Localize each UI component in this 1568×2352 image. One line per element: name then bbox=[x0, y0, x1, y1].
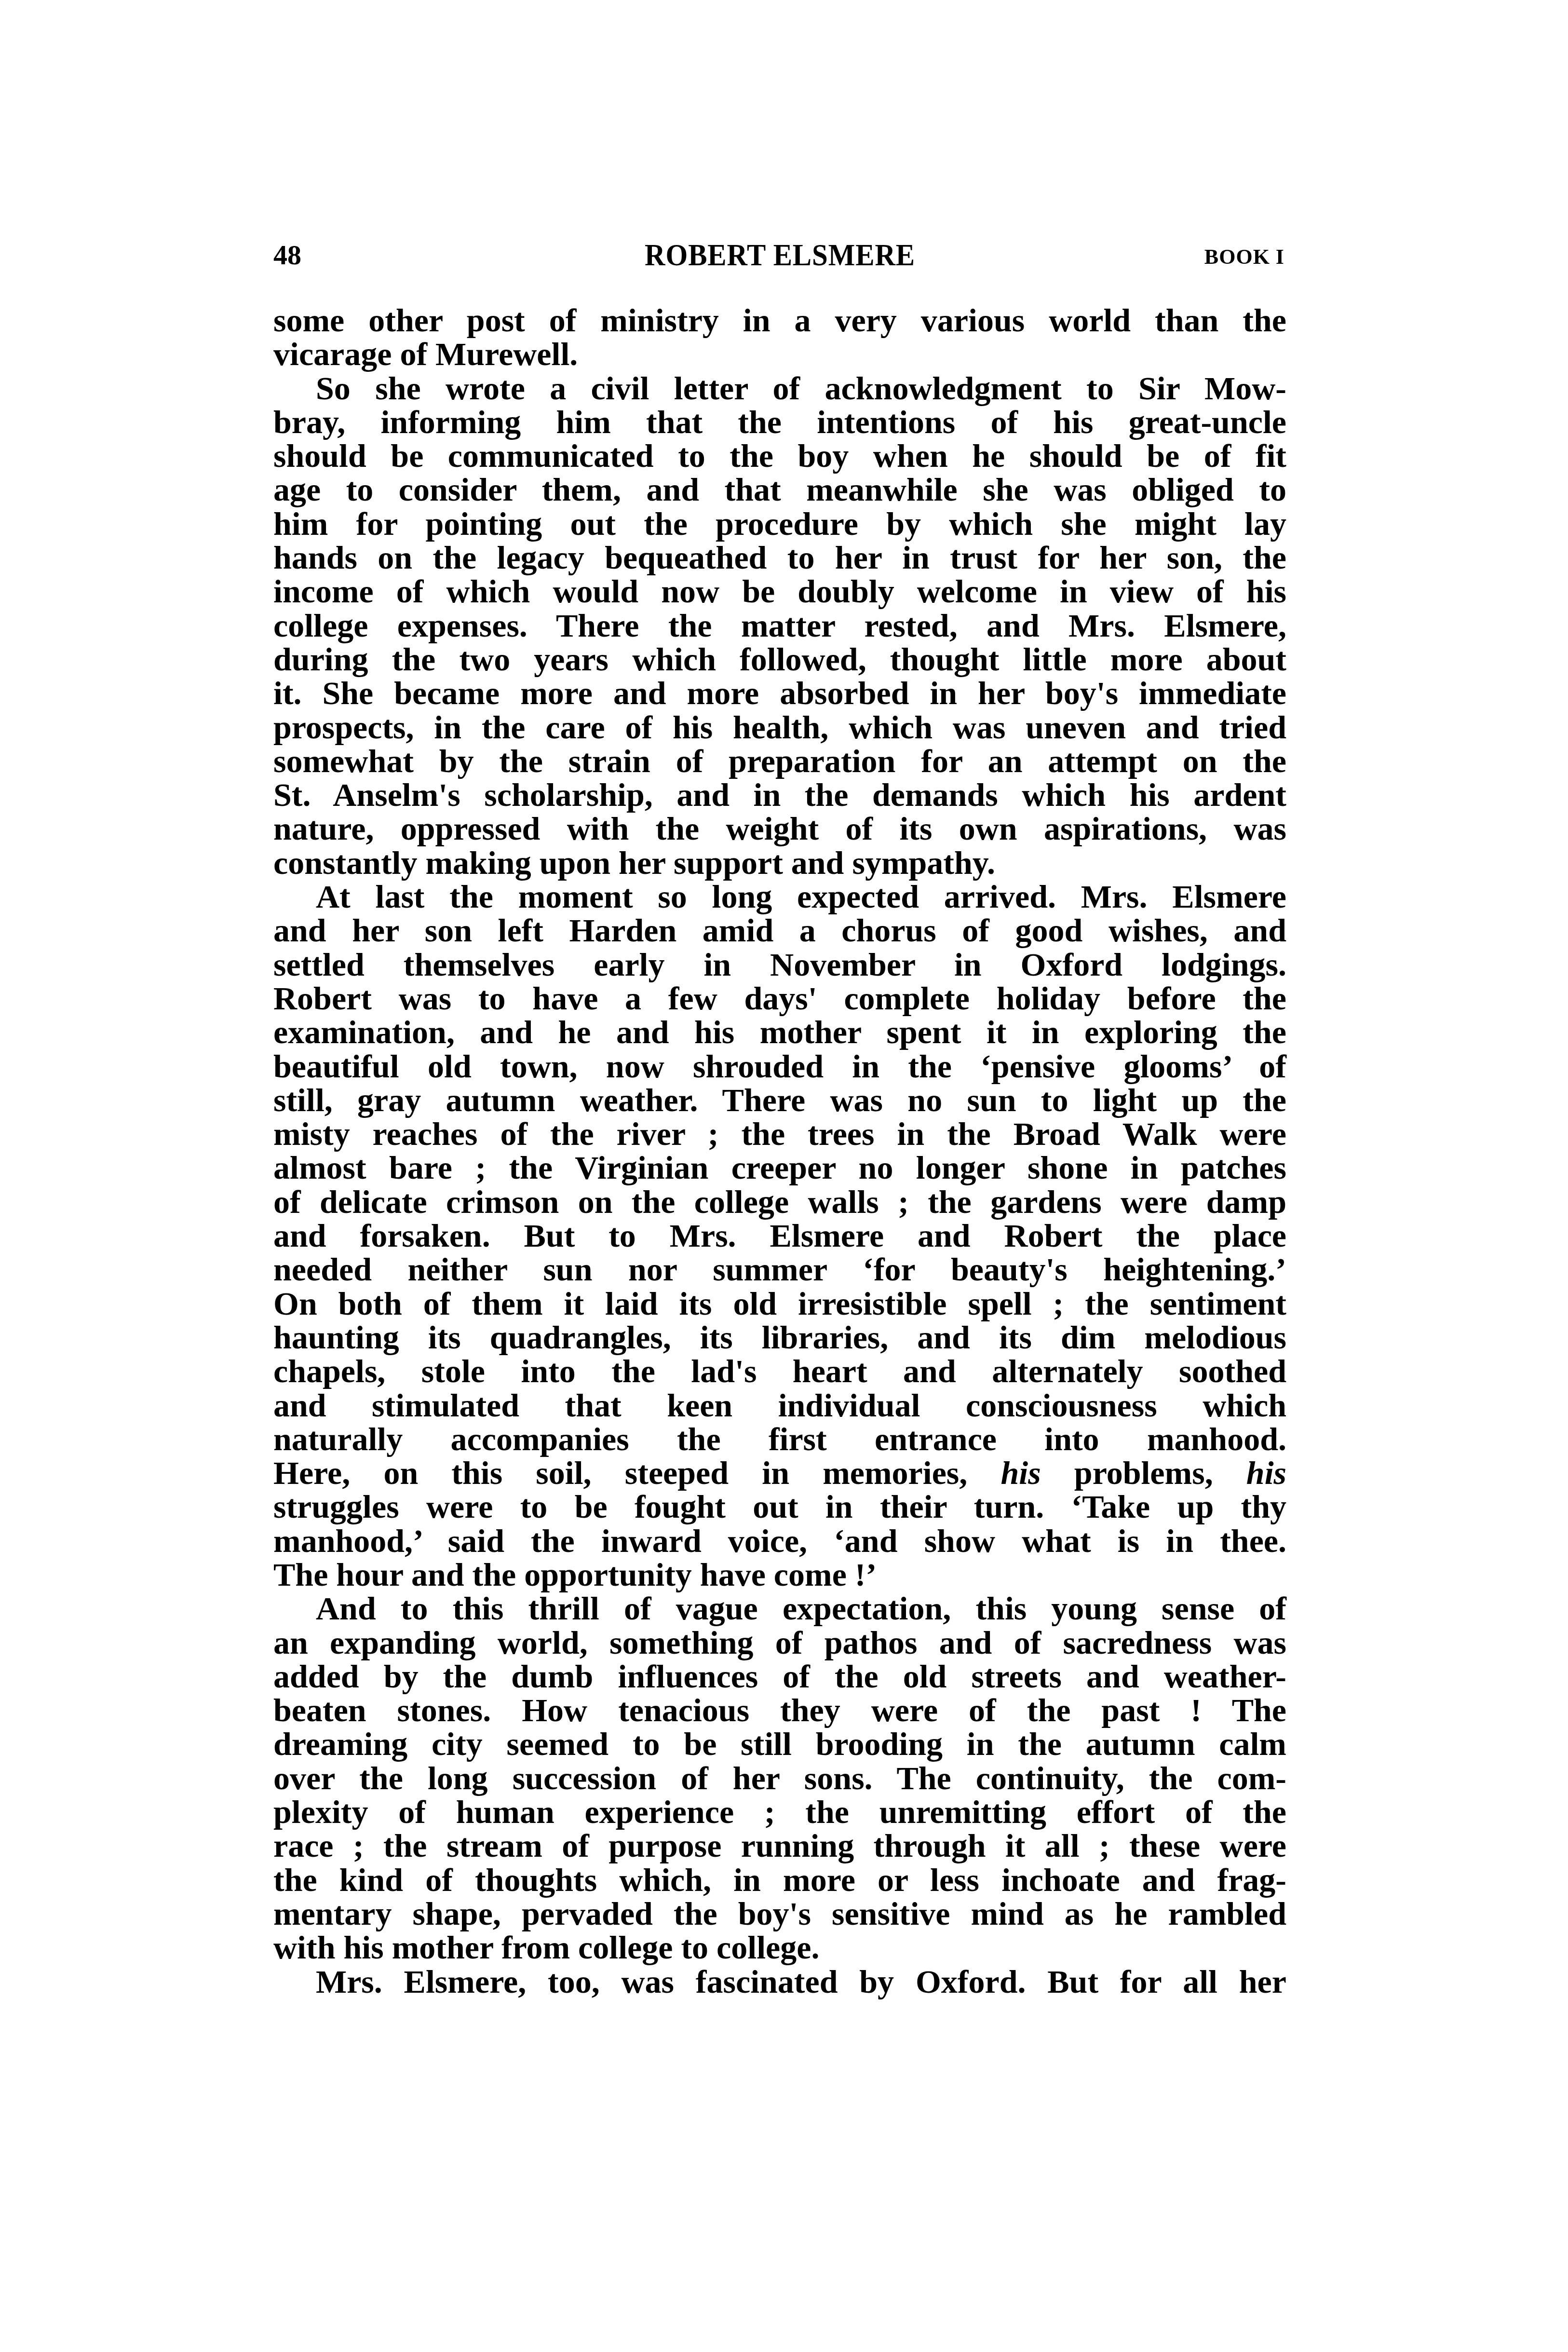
italic-emphasis: his bbox=[1001, 1455, 1041, 1491]
text-line: beautiful old town, now shrouded in the … bbox=[273, 1049, 1286, 1083]
text-line: Mrs. Elsmere, too, was fascinated by Oxf… bbox=[273, 1965, 1286, 1999]
text-line: and her son left Harden amid a chorus of… bbox=[273, 913, 1286, 947]
text-line: an expanding world, something of pathos … bbox=[273, 1626, 1286, 1659]
text-line: the kind of thoughts which, in more or l… bbox=[273, 1863, 1286, 1897]
text-line: And to this thrill of vague expectation,… bbox=[273, 1591, 1286, 1625]
text-line: beaten stones. How tenacious they were o… bbox=[273, 1693, 1286, 1727]
text-line: it. She became more and more absorbed in… bbox=[273, 676, 1286, 710]
text-line: dreaming city seemed to be still broodin… bbox=[273, 1727, 1286, 1761]
text-line: needed neither sun nor summer ‘for beaut… bbox=[273, 1252, 1286, 1286]
text-line: and stimulated that keen individual cons… bbox=[273, 1388, 1286, 1422]
text-line: examination, and he and his mother spent… bbox=[273, 1015, 1286, 1049]
text-line: So she wrote a civil letter of acknowled… bbox=[273, 371, 1286, 405]
text-line: On both of them it laid its old irresist… bbox=[273, 1287, 1286, 1320]
text-line: chapels, stole into the lad's heart and … bbox=[273, 1354, 1286, 1388]
text-line: The hour and the opportunity have come !… bbox=[273, 1558, 1286, 1591]
text-line: almost bare ; the Virginian creeper no l… bbox=[273, 1151, 1286, 1184]
text-line: hands on the legacy bequeathed to her in… bbox=[273, 541, 1286, 574]
text-line: some other post of ministry in a very va… bbox=[273, 303, 1286, 337]
text-line: misty reaches of the river ; the trees i… bbox=[273, 1117, 1286, 1151]
text-line: should be communicated to the boy when h… bbox=[273, 439, 1286, 473]
text-line: race ; the stream of purpose running thr… bbox=[273, 1829, 1286, 1863]
text-line: At last the moment so long expected arri… bbox=[273, 880, 1286, 913]
text-line: somewhat by the strain of preparation fo… bbox=[273, 744, 1286, 778]
text-line: plexity of human experience ; the unremi… bbox=[273, 1795, 1286, 1829]
text-line: with his mother from college to college. bbox=[273, 1931, 1286, 1964]
text-line: constantly making upon her support and s… bbox=[273, 846, 1286, 880]
text-line: over the long succession of her sons. Th… bbox=[273, 1761, 1286, 1795]
text-line: income of which would now be doubly welc… bbox=[273, 574, 1286, 608]
text-segment: Here, on this soil, steeped in memories, bbox=[273, 1455, 1001, 1491]
text-line: St. Anselm's scholarship, and in the dem… bbox=[273, 778, 1286, 812]
text-line: Robert was to have a few days' complete … bbox=[273, 981, 1286, 1015]
book-label: BOOK I bbox=[1204, 240, 1284, 274]
text-line: manhood,’ said the inward voice, ‘and sh… bbox=[273, 1524, 1286, 1558]
text-line: settled themselves early in November in … bbox=[273, 948, 1286, 981]
text-line: Here, on this soil, steeped in memories,… bbox=[273, 1456, 1286, 1490]
text-line: still, gray autumn weather. There was no… bbox=[273, 1083, 1286, 1117]
text-segment: problems, bbox=[1041, 1455, 1246, 1491]
page-number: 48 bbox=[273, 238, 301, 272]
running-head: 48 ROBERT ELSMERE BOOK I bbox=[273, 238, 1286, 272]
text-line: of delicate crimson on the college walls… bbox=[273, 1185, 1286, 1219]
text-line: nature, oppressed with the weight of its… bbox=[273, 812, 1286, 845]
text-line: mentary shape, pervaded the boy's sensit… bbox=[273, 1897, 1286, 1931]
text-line: college expenses. There the matter reste… bbox=[273, 609, 1286, 642]
text-line: naturally accompanies the first entrance… bbox=[273, 1422, 1286, 1456]
text-line: and forsaken. But to Mrs. Elsmere and Ro… bbox=[273, 1219, 1286, 1252]
text-line: age to consider them, and that meanwhile… bbox=[273, 473, 1286, 506]
text-line: haunting its quadrangles, its libraries,… bbox=[273, 1320, 1286, 1354]
running-title: ROBERT ELSMERE bbox=[314, 238, 1246, 272]
text-line: vicarage of Murewell. bbox=[273, 337, 1286, 371]
body-text: some other post of ministry in a very va… bbox=[273, 303, 1286, 1999]
text-line: during the two years which followed, tho… bbox=[273, 642, 1286, 676]
text-line: bray, informing him that the intentions … bbox=[273, 405, 1286, 439]
book-page: 48 ROBERT ELSMERE BOOK I some other post… bbox=[273, 0, 1286, 2352]
text-line: added by the dumb influences of the old … bbox=[273, 1659, 1286, 1693]
italic-emphasis: his bbox=[1246, 1455, 1286, 1491]
text-line: prospects, in the care of his health, wh… bbox=[273, 710, 1286, 744]
text-line: struggles were to be fought out in their… bbox=[273, 1490, 1286, 1523]
text-line: him for pointing out the procedure by wh… bbox=[273, 507, 1286, 541]
